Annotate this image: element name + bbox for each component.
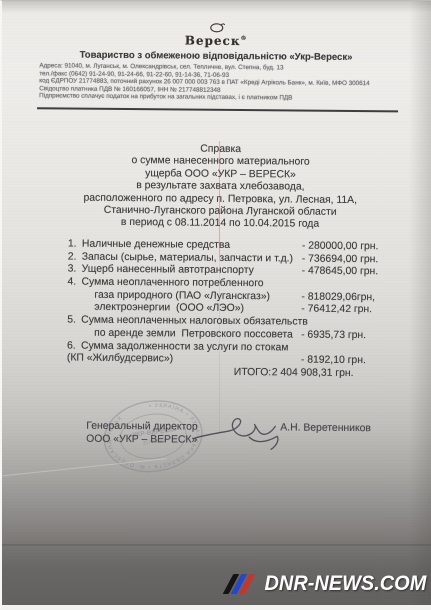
document-photo: Вереск® Товариство з обмеженою відповіда… <box>0 0 431 610</box>
item-label: Сумма неоплаченного потребленного <box>81 277 263 290</box>
red-crease-mark <box>219 141 220 259</box>
signer-name: А.Н. Веретенников <box>280 422 371 434</box>
document-title-block: Справка о сумме нанесенного материальног… <box>25 142 416 232</box>
logo-emblem-icon <box>207 23 225 33</box>
total-value: 2 404 908,31 грн. <box>272 367 354 379</box>
logo-reg-mark: ® <box>241 35 248 42</box>
item-value: - 76412,42 грн. <box>301 304 372 316</box>
item-label: Запасы (сырье, материалы, запчасти и т.д… <box>82 251 293 264</box>
item-number: 3. <box>68 264 77 275</box>
item-label: (КП «Жилбудсервис») <box>67 353 173 365</box>
signer-role: Генеральный директор ООО «УКР – ВЕРЕСК» <box>86 420 198 447</box>
item-value: - 736694,00 грн. <box>302 253 379 265</box>
item-label: Сумма задолженности за услуги по стокам <box>81 340 289 353</box>
item-label: по аренде земли Петровского поссовета <box>94 328 293 341</box>
vertical-crease <box>219 259 220 434</box>
company-name: Товариство з обмеженою відповідальністю … <box>1 49 430 64</box>
document-content: Вереск® Товариство з обмеженою відповіда… <box>0 0 431 607</box>
item-value: - 8192,10 грн. <box>301 355 366 367</box>
letterhead-details: Адреса: 91040, м. Луганськ, м. Олександр… <box>39 62 409 103</box>
item-label: Наличные денежные средства <box>82 239 230 251</box>
item-number: 5. <box>67 315 76 326</box>
total-label: ИТОГО: <box>234 367 272 378</box>
logo-text: Вереск® <box>2 31 431 49</box>
signer-role-line2: ООО «УКР – ВЕРЕСК» <box>86 433 198 447</box>
watermark-text: DNR-NEWS.COM <box>264 572 426 596</box>
company-logo: Вереск® <box>2 21 431 49</box>
item-number: 4. <box>67 277 76 288</box>
item-value: - 478645,00 грн. <box>302 266 379 278</box>
item-number: 2. <box>68 251 77 262</box>
title-line: в период с 08.11.2014 по 10.04.2015 года <box>25 217 415 233</box>
item-value: - 6935,73 грн. <box>301 329 366 341</box>
item-value: - 280000,00 грн. <box>302 241 379 253</box>
item-number: 6. <box>67 340 76 351</box>
item-number: 1. <box>68 239 77 250</box>
scanned-document-page: Вереск® Товариство з обмеженою відповіда… <box>0 0 431 610</box>
site-watermark: DNR-NEWS.COM <box>228 572 426 596</box>
item-label: Сумма неоплаченных налоговых обязательст… <box>81 315 308 328</box>
item-label: электроэнергии (ООО «ЛЭО») <box>94 302 244 314</box>
item-value: - 818029,06грн, <box>301 291 375 303</box>
letterhead-divider <box>37 107 398 112</box>
fold-shadow <box>2 544 431 546</box>
handwritten-signature <box>191 413 283 456</box>
item-label: Ущерб нанесенный автотранспорту <box>82 264 254 277</box>
item-label: газа природного (ПАО «Луганскгаз») <box>94 290 270 303</box>
signer-role-line1: Генеральный директор <box>86 420 198 434</box>
